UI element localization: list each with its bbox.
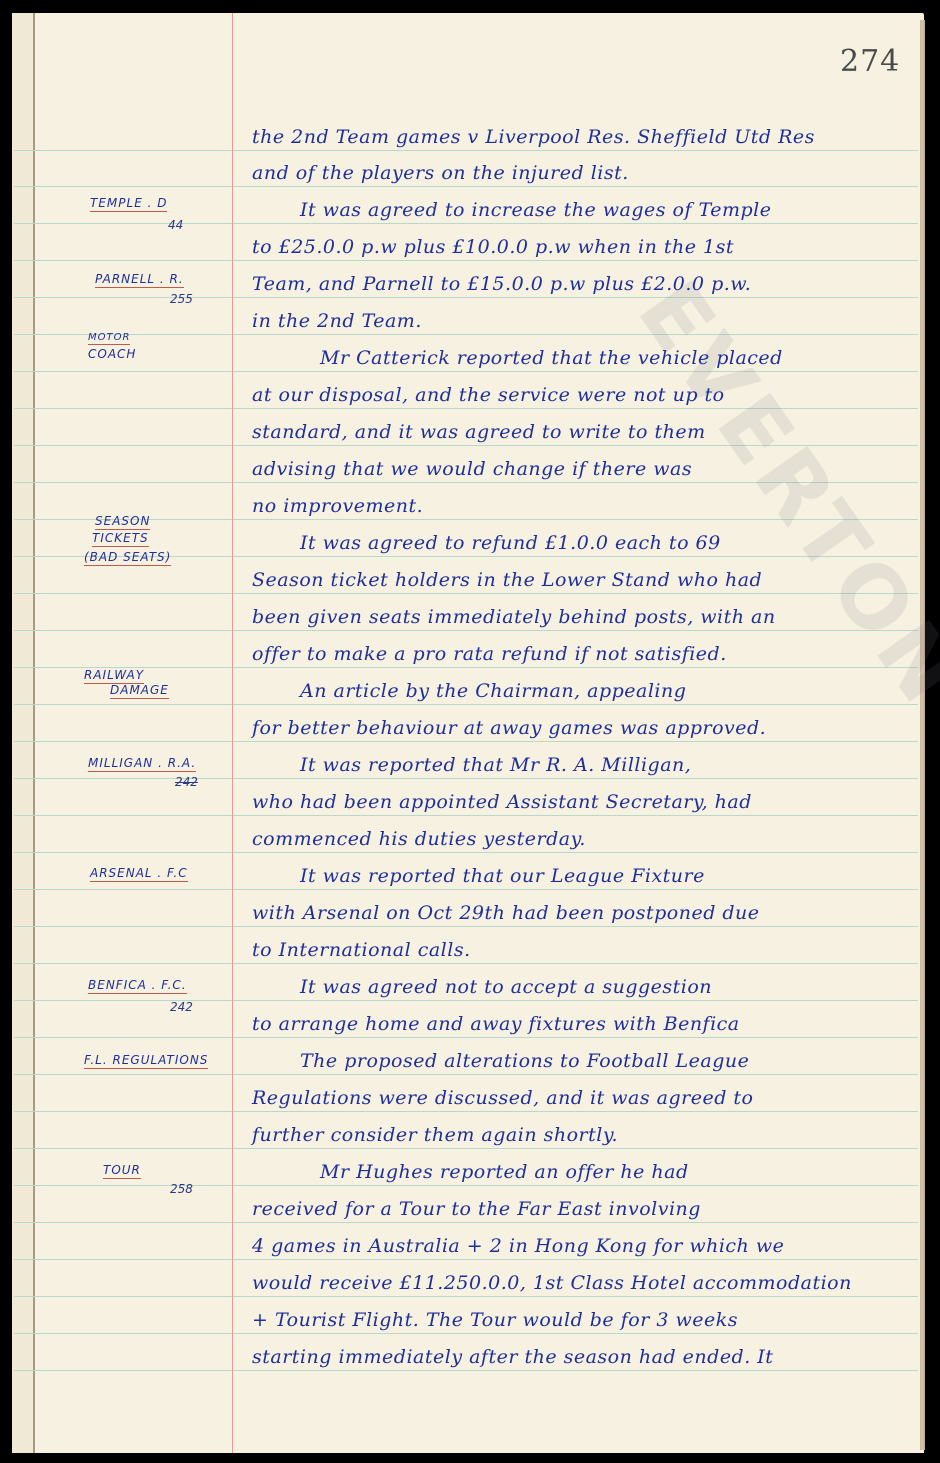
- margin-ref: 255: [170, 292, 193, 306]
- margin-note-arsenal: ARSENAL . F.C: [90, 866, 188, 882]
- rule-line: [14, 1000, 918, 1001]
- body-line: advising that we would change if there w…: [252, 458, 692, 480]
- rule-line: [14, 371, 918, 372]
- rule-line: [14, 1222, 918, 1223]
- margin-note-damage: DAMAGE: [110, 683, 169, 699]
- rule-line: [14, 852, 918, 853]
- margin-note-railway: RAILWAY: [84, 668, 144, 684]
- rule-line: [14, 445, 918, 446]
- rule-line: [14, 1333, 918, 1334]
- body-line: Team, and Parnell to £15.0.0 p.w plus £2…: [252, 273, 751, 295]
- body-line: Season ticket holders in the Lower Stand…: [252, 569, 762, 591]
- rule-line: [14, 223, 918, 224]
- body-line: further consider them again shortly.: [252, 1124, 618, 1146]
- body-line: It was agreed to increase the wages of T…: [300, 199, 771, 221]
- margin-ref: 258: [170, 1182, 193, 1196]
- rule-line: [14, 482, 918, 483]
- rule-line: [14, 260, 918, 261]
- page-stack-edge: [920, 20, 925, 1450]
- margin-note-benfica: BENFICA . F.C.: [88, 978, 187, 994]
- rule-line: [14, 704, 918, 705]
- body-line: who had been appointed Assistant Secreta…: [252, 791, 752, 813]
- body-line: and of the players on the injured list.: [252, 162, 629, 184]
- body-line: Regulations were discussed, and it was a…: [252, 1087, 754, 1109]
- body-line: It was agreed to refund £1.0.0 each to 6…: [300, 532, 721, 554]
- margin-note-season: SEASON: [95, 514, 150, 530]
- rule-line: [14, 593, 918, 594]
- margin-note-motor: MOTOR: [88, 332, 130, 345]
- margin-note-fl-regulations: F.L. REGULATIONS: [84, 1053, 208, 1069]
- body-line: at our disposal, and the service were no…: [252, 384, 725, 406]
- rule-line: [14, 963, 918, 964]
- rule-line: [14, 186, 918, 187]
- rule-line: [14, 815, 918, 816]
- body-line: commenced his duties yesterday.: [252, 828, 586, 850]
- margin-note-coach: COACH: [88, 347, 136, 361]
- margin-note-tickets: TICKETS: [92, 531, 149, 547]
- rule-line: [14, 1185, 918, 1186]
- body-line: for better behaviour at away games was a…: [252, 717, 766, 739]
- rule-line: [14, 1074, 918, 1075]
- body-line: in the 2nd Team.: [252, 310, 422, 332]
- body-line: no improvement.: [252, 495, 423, 517]
- body-line: to International calls.: [252, 939, 471, 961]
- rule-line: [14, 667, 918, 668]
- body-line: The proposed alterations to Football Lea…: [300, 1050, 749, 1072]
- page-number: 274: [840, 44, 900, 79]
- margin-ref: 242: [175, 775, 198, 789]
- rule-line: [14, 1259, 918, 1260]
- body-line: been given seats immediately behind post…: [252, 606, 776, 628]
- rule-line: [14, 150, 918, 151]
- margin-ref: 44: [168, 218, 183, 232]
- margin-note-bad-seats: (BAD SEATS): [84, 550, 171, 566]
- rule-line: [14, 1111, 918, 1112]
- margin-line: [232, 13, 233, 1453]
- body-line: + Tourist Flight. The Tour would be for …: [252, 1309, 738, 1331]
- margin-ref: 242: [170, 1000, 193, 1014]
- body-line: with Arsenal on Oct 29th had been postpo…: [252, 902, 760, 924]
- rule-line: [14, 926, 918, 927]
- body-line: 4 games in Australia + 2 in Hong Kong fo…: [252, 1235, 784, 1257]
- rule-line: [14, 778, 918, 779]
- body-line: offer to make a pro rata refund if not s…: [252, 643, 727, 665]
- body-line: Mr Hughes reported an offer he had: [320, 1161, 689, 1183]
- body-line: It was reported that Mr R. A. Milligan,: [300, 754, 691, 776]
- body-line: would receive £11.250.0.0, 1st Class Hot…: [252, 1272, 852, 1294]
- rule-line: [14, 408, 918, 409]
- rule-line: [14, 1148, 918, 1149]
- rule-line: [14, 1296, 918, 1297]
- rule-line: [14, 1370, 918, 1371]
- body-line: the 2nd Team games v Liverpool Res. Shef…: [252, 126, 815, 148]
- body-line: to arrange home and away fixtures with B…: [252, 1013, 740, 1035]
- margin-note-parnell: PARNELL . R.: [95, 272, 184, 288]
- body-line: received for a Tour to the Far East invo…: [252, 1198, 701, 1220]
- body-line: An article by the Chairman, appealing: [300, 680, 686, 702]
- rule-line: [14, 297, 918, 298]
- body-line: It was agreed not to accept a suggestion: [300, 976, 712, 998]
- body-line: Mr Catterick reported that the vehicle p…: [320, 347, 783, 369]
- body-line: standard, and it was agreed to write to …: [252, 421, 706, 443]
- rule-line: [14, 889, 918, 890]
- binding-edge: [12, 13, 35, 1453]
- body-line: starting immediately after the season ha…: [252, 1346, 773, 1368]
- rule-line: [14, 1037, 918, 1038]
- rule-line: [14, 741, 918, 742]
- rule-line: [14, 334, 918, 335]
- margin-note-temple: TEMPLE . D: [90, 196, 167, 212]
- margin-note-milligan: MILLIGAN . R.A.: [88, 756, 196, 772]
- body-line: It was reported that our League Fixture: [300, 865, 705, 887]
- rule-line: [14, 630, 918, 631]
- margin-note-tour: TOUR: [103, 1163, 141, 1179]
- body-line: to £25.0.0 p.w plus £10.0.0 p.w when in …: [252, 236, 734, 258]
